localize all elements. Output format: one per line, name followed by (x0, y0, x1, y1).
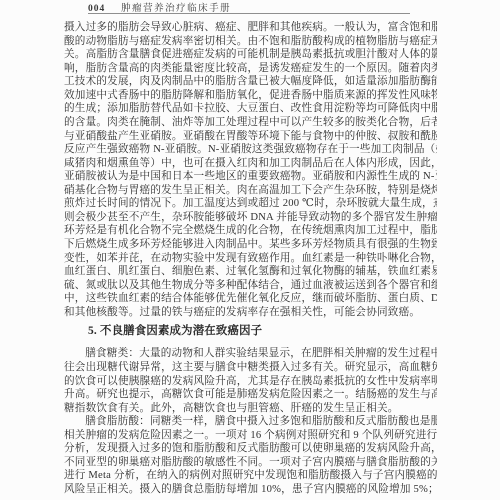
book-page: 004 肿瘤营养治疗临床手册 摄入过多的脂肪会导致心脏病、癌症、肥胖和其他疾病。… (0, 0, 500, 500)
header-rule (88, 13, 410, 14)
text-line: 环芳烃是有机化合物不完全燃烧生成的化合物，在传统烟熏肉加工过程中，脂肪滴 (64, 224, 437, 238)
text-line: 的含量。肉类在腌制、油炸等加工处理过程中可以产生较多的胺类化合物，后者能 (64, 116, 437, 130)
text-line: 反应产生强致癌物 N-亚硝胺。N-亚硝胺这类强致癌物存在于一些加工肉制品（如 (64, 143, 437, 157)
text-line: 血红蛋白、肌红蛋白、细胞色素、过氧化氢酶和过氧化物酶的辅基，铁血红素易与 (64, 265, 437, 279)
text-line: 膳食脂肪酸：同糖类一样，膳食中摄入过多饱和脂肪酸和反式脂肪酸也是肥胖 (64, 415, 437, 429)
text-line: 膳食糖类：大量的动物和人群实验结果显示，在肥胖相关肿瘤的发生过程中往 (64, 347, 437, 361)
text-line: 的饮食可以使胰腺癌的发病风险升高，尤其是存在胰岛素抵抗的女性中发病率明显 (64, 375, 437, 389)
text-line: 工技术的发展，肉及肉制品中的脂肪含量已被大幅度降低，如适量添加脂肪酶能有 (64, 75, 437, 89)
text-line: 下后燃烧生成多环芳烃能够进入肉制品中。某些多环芳烃物质具有很强的生物致突 (64, 238, 437, 252)
paragraph-dietary-fatty-acids: 膳食脂肪酸：同糖类一样，膳食中摄入过多饱和脂肪酸和反式脂肪酸也是肥胖相关肿瘤的发… (64, 415, 437, 496)
text-line: 摄入过多的脂肪会导致心脏病、癌症、肥胖和其他疾病。一般认为，富含饱和脂肪 (64, 21, 437, 35)
text-line: 硫、氮或肽以及其他生物成分等多种配体结合，通过血液被运送到各个器官和组织 (64, 279, 437, 293)
text-line: 响，脂肪含量高的肉类能量密度比较高，是诱发癌症发生的一个原因。随着肉类加 (64, 62, 437, 76)
text-line: 亚硝胺被认为是中国和日本一些地区的重要致癌物。亚硝胺和内源性生成的 N-亚 (64, 170, 437, 184)
paragraph-dietary-sugars: 膳食糖类：大量的动物和人群实验结果显示，在肥胖相关肿瘤的发生过程中往往会出现糖代… (64, 347, 437, 415)
paragraph-dietary-fat-continued: 摄入过多的脂肪会导致心脏病、癌症、肥胖和其他疾病。一般认为，富含饱和脂肪酸的动物… (64, 21, 437, 319)
text-line: 的生成；添加脂肪替代品如卡拉胶、大豆蛋白、改性食用淀粉等均可降低肉中脂肪 (64, 102, 437, 116)
text-line: 升高。研究也提示，高糖饮食可能是肺癌发病危险因素之一。结肠癌的发生与高血 (64, 388, 437, 402)
text-line: 酸的动物脂肪与癌症发病率密切相关。由不饱和脂肪酸构成的植物脂肪与癌症无 (64, 35, 437, 49)
text-line: 硝基化合物与胃癌的发生呈正相关。肉在高温加工下会产生杂环胺，特别是烧烤、 (64, 184, 437, 198)
text-line: 则会极少甚至不产生，杂环胺能够破坏 DNA 并能导致动物的多个器官发生肿瘤。多 (64, 211, 437, 225)
text-line: 分析，发现摄入过多的饱和脂肪酸和反式脂肪酸可以使卵巢癌的发病风险升高，但 (64, 442, 437, 456)
text-line: 相关肿瘤的发病危险因素之一。一项对 16 个病例对照研究和 9 个队列研究进行 … (64, 429, 437, 443)
text-line: 糖指数饮食有关。此外，高糖饮食也与胆管癌、肝癌的发生呈正相关。 (64, 402, 437, 416)
text-line: 咸猪肉和烟熏鱼等）中，也可在摄入红肉和加工肉制品后在人体内形成，因此，N- (64, 157, 437, 171)
text-line: 效加速中式香肠中的脂肪降解和脂肪氧化，促进香肠中脂质来源的挥发性风味物质 (64, 89, 437, 103)
text-line: 关。高脂肪含量膳食促进癌症发病的可能机制是胰岛素抵抗或胆汁酸对人体的影 (64, 48, 437, 62)
text-line: 与亚硝酸盐产生亚硝胺。亚硝酸在胃酸等环境下能与食物中的仲胺、叔胺和酰胺等 (64, 130, 437, 144)
text-line: 往会出现糖代谢异常，这主要与膳食中糖类摄入过多有关。研究显示，高血糖负荷 (64, 361, 437, 375)
text-line: 煎炸过长时间的情况下。加工温度达到或超过 200 ℃时，杂环胺就大量生成，煮肉 (64, 197, 437, 211)
text-line: 进行 Meta 分析，在纳入的病例对照研究中发现饱和脂肪酸摄入与子宫内膜癌的发病 (64, 469, 437, 483)
text-line: 中，这些铁血红素的结合体能够优先催化氧化反应，继而破坏脂肪、蛋白质、DNA (64, 292, 437, 306)
section-heading: 5. 不良膳食因素成为潜在致癌因子 (88, 324, 437, 338)
text-line: 变性，如苯并芘，在动物实验中发现有致癌作用。血红素是一种铁卟啉化合物，是 (64, 252, 437, 266)
page-body: 摄入过多的脂肪会导致心脏病、癌症、肥胖和其他疾病。一般认为，富含饱和脂肪酸的动物… (64, 21, 437, 497)
text-line: 不同亚型的卵巢癌对脂肪酸的敏感性不同。一项对子宫内膜癌与膳食脂肪酸的关系 (64, 456, 437, 470)
text-line: 和其他核酸等。过量的铁与癌症的发病率存在强相关性，可能会协同致癌。 (64, 306, 437, 320)
text-line: 风险呈正相关。摄入的膳食总脂肪每增加 10%，患子宫内膜癌的风险增加 5%；摄 (64, 483, 437, 497)
